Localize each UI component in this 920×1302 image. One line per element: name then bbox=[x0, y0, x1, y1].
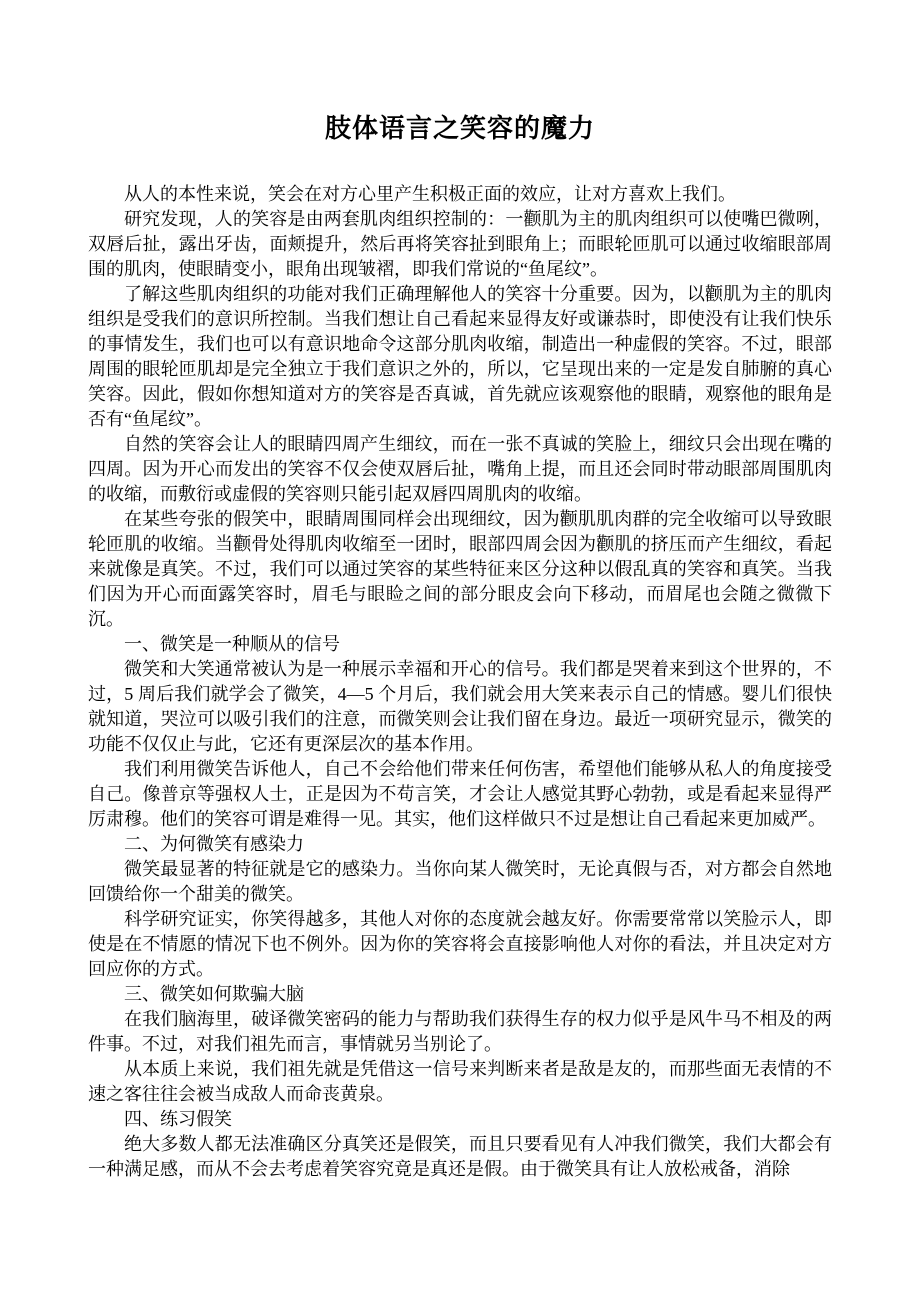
paragraph: 研究发现，人的笑容是由两套肌肉组织控制的：一颧肌为主的肌肉组织可以使嘴巴微咧，双… bbox=[88, 207, 832, 282]
paragraph: 我们利用微笑告诉他人，自己不会给他们带来任何伤害，希望他们能够从私人的角度接受自… bbox=[88, 757, 832, 832]
paragraph: 微笑最显著的特征就是它的感染力。当你向某人微笑时，无论真假与否，对方都会自然地回… bbox=[88, 857, 832, 907]
paragraph: 科学研究证实，你笑得越多，其他人对你的态度就会越友好。你需要常常以笑脸示人，即使… bbox=[88, 907, 832, 982]
section-heading: 四、练习假笑 bbox=[88, 1107, 832, 1132]
section-heading: 三、微笑如何欺骗大脑 bbox=[88, 982, 832, 1007]
paragraph: 在我们脑海里，破译微笑密码的能力与帮助我们获得生存的权力似乎是风牛马不相及的两件… bbox=[88, 1007, 832, 1057]
section-heading: 二、为何微笑有感染力 bbox=[88, 832, 832, 857]
paragraph: 在某些夸张的假笑中，眼睛周围同样会出现细纹，因为颧肌肌肉群的完全收缩可以导致眼轮… bbox=[88, 507, 832, 632]
paragraph: 自然的笑容会让人的眼睛四周产生细纹，而在一张不真诚的笑脸上，细纹只会出现在嘴的四… bbox=[88, 432, 832, 507]
document-body: 从人的本性来说，笑会在对方心里产生积极正面的效应，让对方喜欢上我们。研究发现，人… bbox=[88, 182, 832, 1182]
paragraph: 绝大多数人都无法准确区分真笑还是假笑，而且只要看见有人冲我们微笑，我们大都会有一… bbox=[88, 1132, 832, 1182]
document-page: 肢体语言之笑容的魔力 从人的本性来说，笑会在对方心里产生积极正面的效应，让对方喜… bbox=[0, 0, 920, 1302]
document-title: 肢体语言之笑容的魔力 bbox=[88, 112, 832, 146]
paragraph: 从人的本性来说，笑会在对方心里产生积极正面的效应，让对方喜欢上我们。 bbox=[88, 182, 832, 207]
section-heading: 一、微笑是一种顺从的信号 bbox=[88, 632, 832, 657]
paragraph: 微笑和大笑通常被认为是一种展示幸福和开心的信号。我们都是哭着来到这个世界的，不过… bbox=[88, 657, 832, 757]
paragraph: 从本质上来说，我们祖先就是凭借这一信号来判断来者是敌是友的，而那些面无表情的不速… bbox=[88, 1057, 832, 1107]
paragraph: 了解这些肌肉组织的功能对我们正确理解他人的笑容十分重要。因为，以颧肌为主的肌肉组… bbox=[88, 282, 832, 432]
